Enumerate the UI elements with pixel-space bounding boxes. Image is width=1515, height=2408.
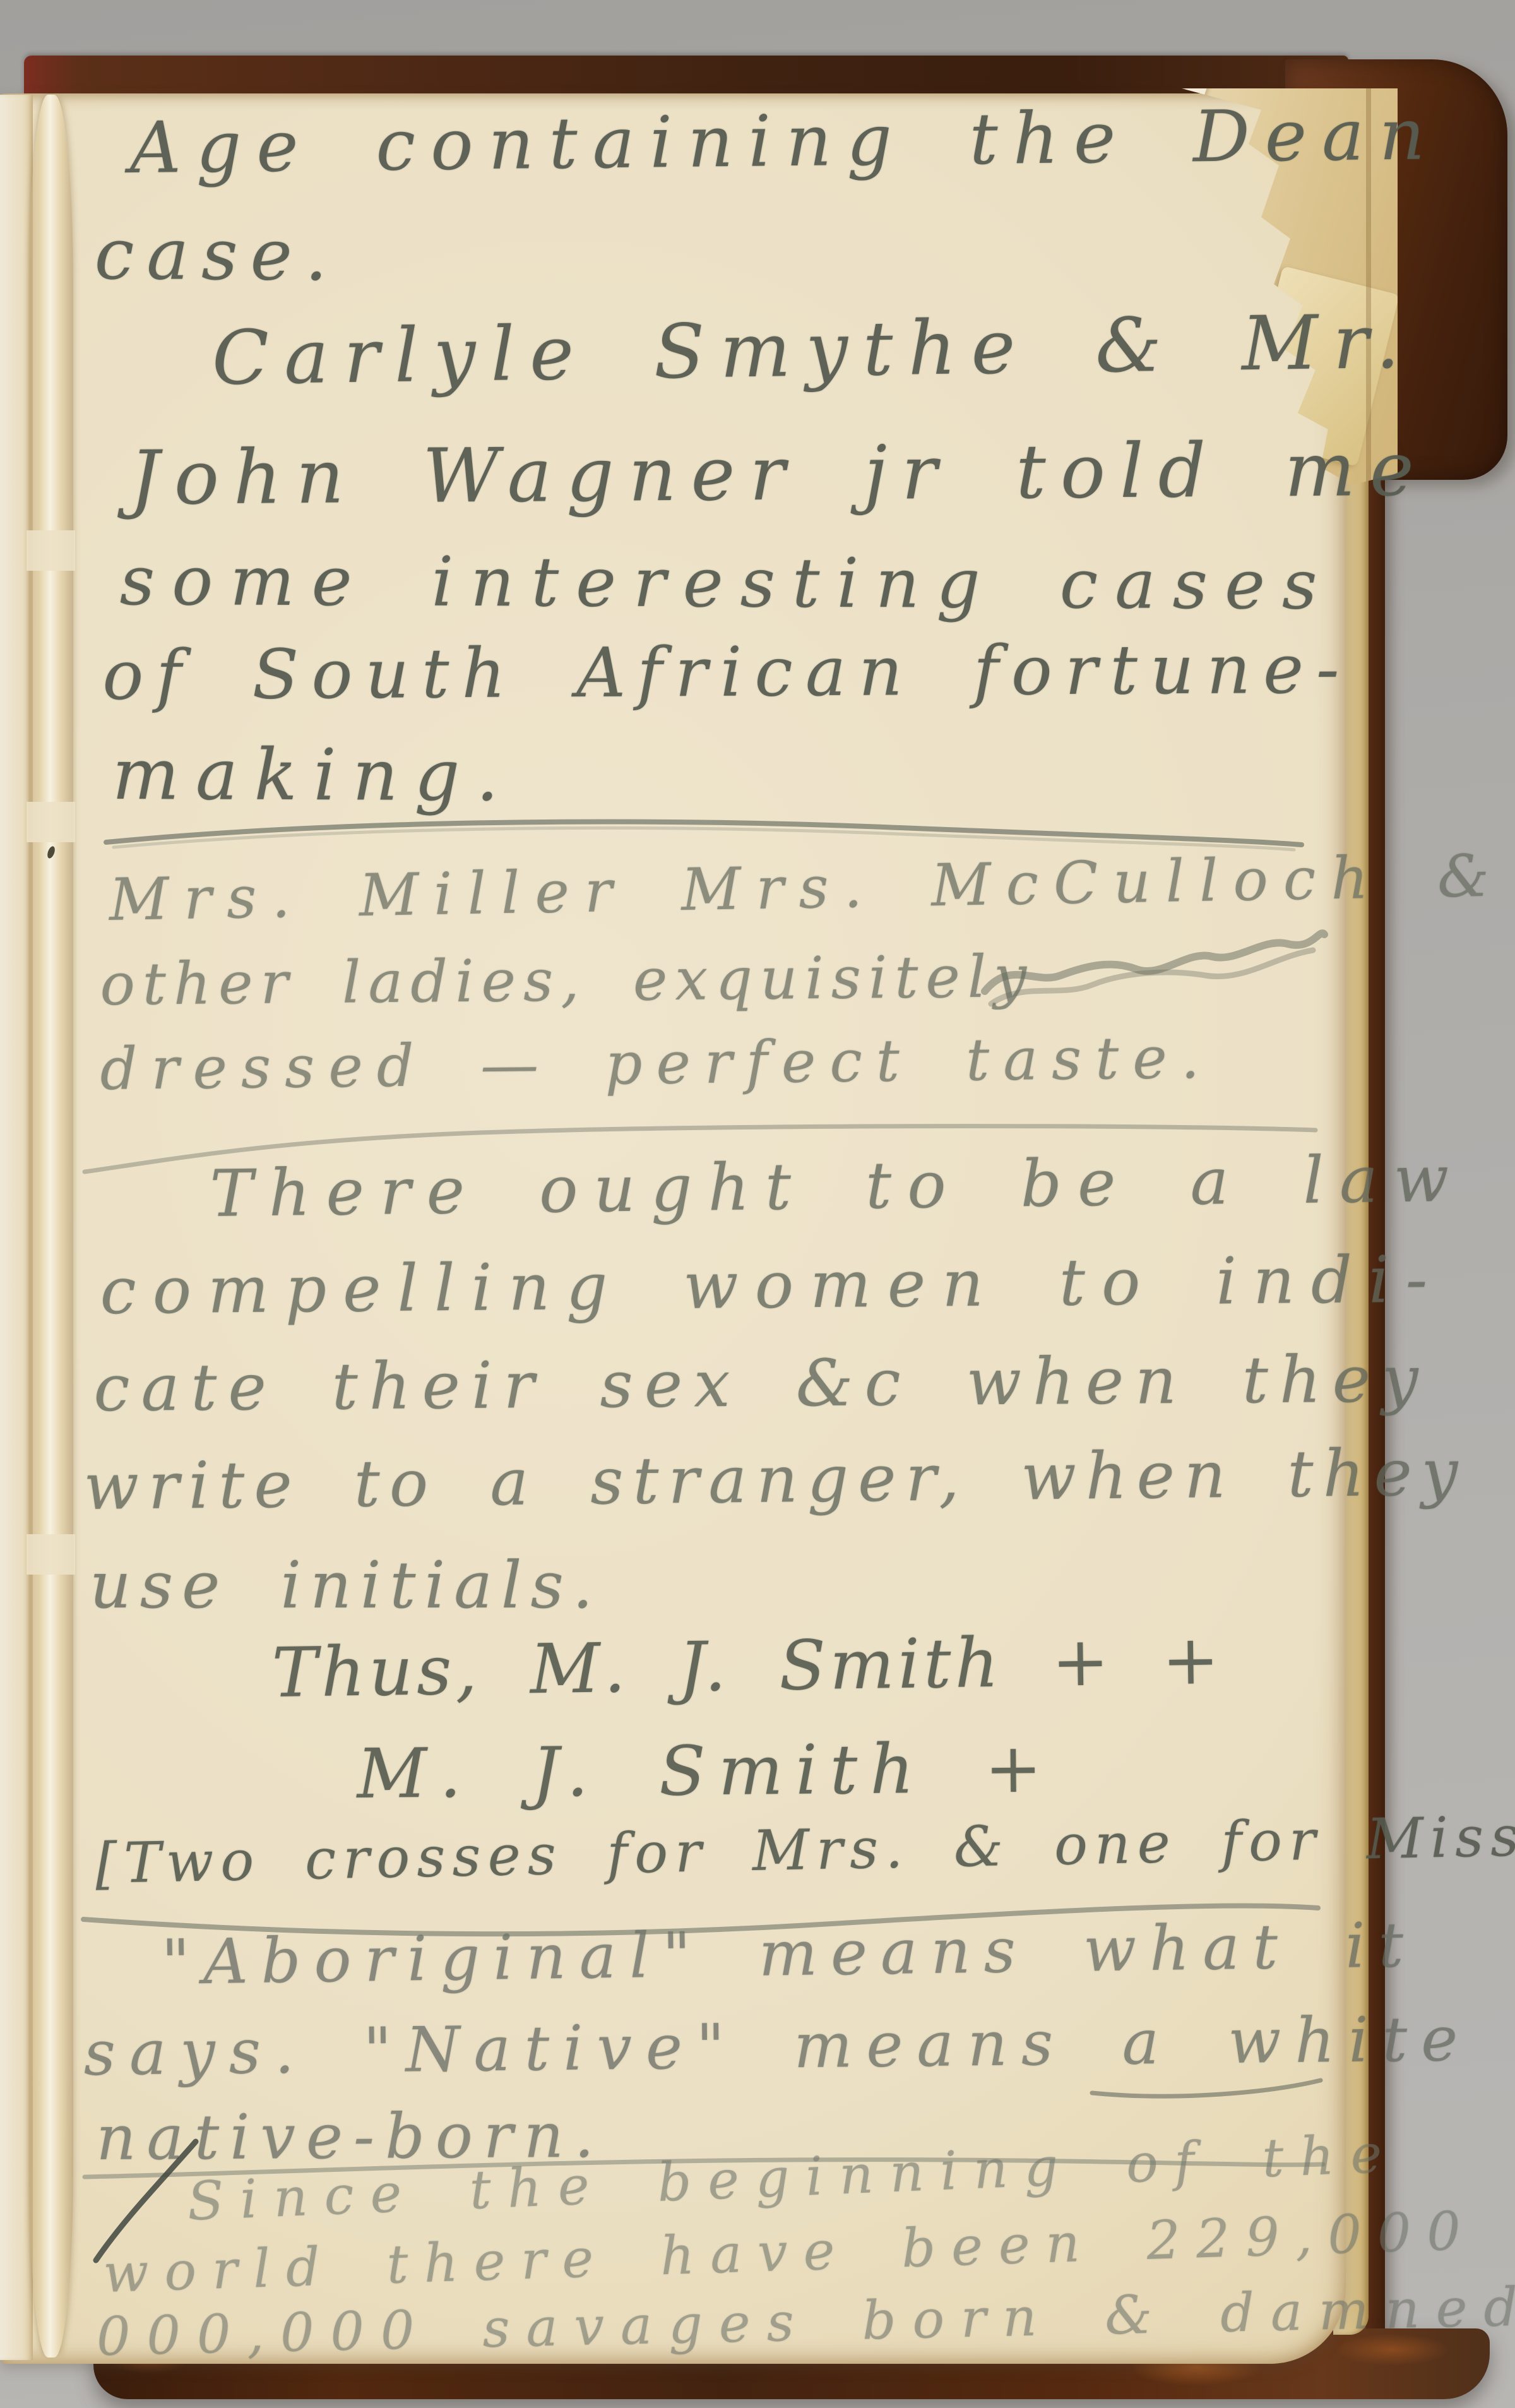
handwriting-line: John Wagner jr told me [129,426,1429,522]
stitch-hole [46,845,56,859]
handwriting-line: says. "Native" means a white [83,2003,1472,2090]
handwriting-line: Thus, M. J. Smith + + [271,1621,1223,1713]
stitch-gap [27,530,75,571]
handwriting-line: compelling women to indi- [100,1242,1444,1329]
handwriting-line: some interesting cases [120,542,1334,625]
handwriting-line: case. [94,213,340,297]
handwriting-line: use initials. [90,1548,602,1623]
stitch-gap [27,1534,75,1575]
handwriting-line: Age containing the Dean [129,93,1441,189]
facing-page-sliver [0,95,33,2360]
handwriting-line: other ladies, exquisitely [100,943,1035,1018]
handwriting-line: Carlyle Smythe & Mr. [211,297,1415,402]
handwriting-line: of South African fortune- [102,630,1352,715]
handwriting-line: cate their sex &c when they [93,1342,1430,1426]
stitch-gap [27,802,75,842]
handwriting-line: write to a stranger, when they [83,1435,1468,1525]
handwriting-line: dressed — perfect taste. [100,1024,1213,1103]
handwriting-line: M. J. Smith + [357,1729,1055,1814]
handwriting-line: There ought to be a law [210,1141,1465,1232]
binding-gutter-crease [29,95,73,2357]
photograph-of-notebook-page: Age containing the Dean case. Carlyle Sm… [0,0,1515,2408]
handwriting-line: making. [112,734,516,817]
